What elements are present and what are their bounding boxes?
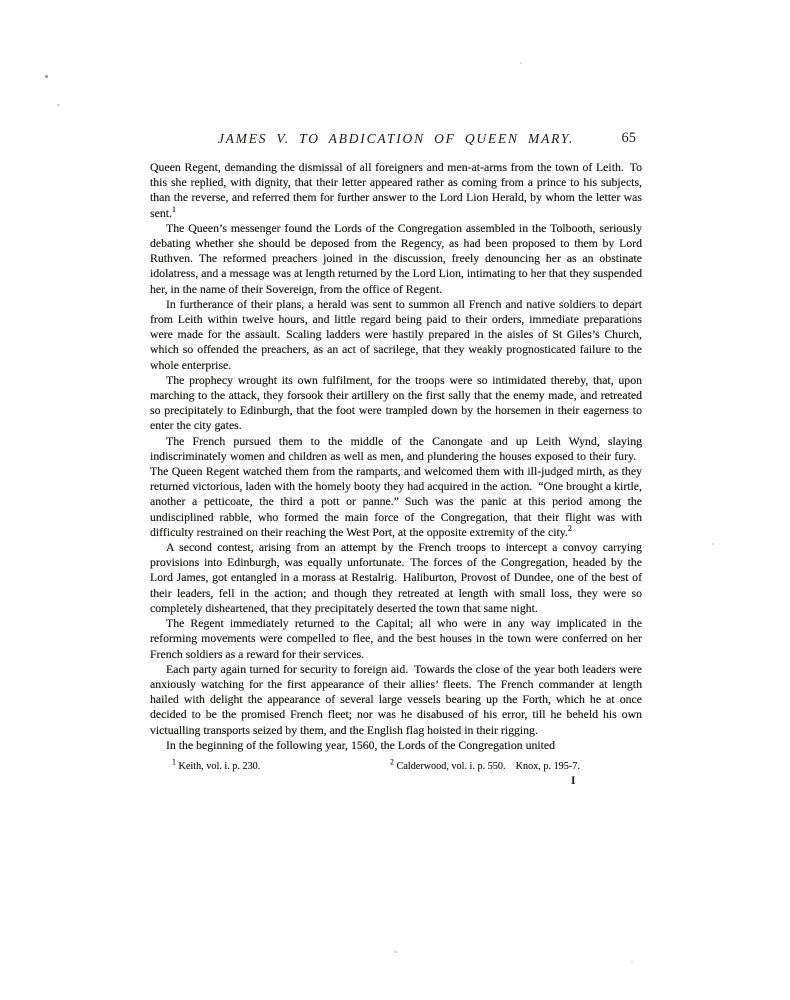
footnote-marker: 1 <box>172 205 176 214</box>
paragraph: A second contest, arising from an attemp… <box>150 540 642 616</box>
scan-speck <box>57 104 60 106</box>
scan-speck <box>45 75 48 78</box>
paragraph: The Regent immediately returned to the C… <box>150 616 642 662</box>
paragraph: Queen Regent, demanding the dismissal of… <box>150 160 642 221</box>
text-column: Queen Regent, demanding the dismissal of… <box>150 160 642 787</box>
paragraph: In the beginning of the following year, … <box>150 738 642 753</box>
footnote-marker: 1 <box>172 758 176 767</box>
paragraph: The prophecy wrought its own fulfilment,… <box>150 373 642 434</box>
signature-mark: I <box>571 775 642 787</box>
running-head: JAMES V. TO ABDICATION OF QUEEN MARY. 65 <box>150 131 642 147</box>
paragraph: The French pursued them to the middle of… <box>150 434 642 540</box>
running-head-title: JAMES V. TO ABDICATION OF QUEEN MARY. <box>218 131 574 146</box>
paragraph: In furtherance of their plans, a herald … <box>150 297 642 373</box>
footnote-marker: 2 <box>568 524 572 533</box>
page-number: 65 <box>622 130 637 147</box>
footnote: 1 Keith, vol. i. p. 230. <box>172 761 260 772</box>
book-page: JAMES V. TO ABDICATION OF QUEEN MARY. 65… <box>0 0 790 1000</box>
footnote: 2 Calderwood, vol. i. p. 550. Knox, p. 1… <box>390 761 580 772</box>
scan-speck <box>631 961 633 963</box>
scan-speck <box>520 62 522 64</box>
scan-speck <box>394 951 397 953</box>
scan-speck <box>627 313 629 315</box>
footnotes: 1 Keith, vol. i. p. 230.2 Calderwood, vo… <box>150 761 642 775</box>
paragraph: The Queen’s messenger found the Lords of… <box>150 221 642 297</box>
page-body: Queen Regent, demanding the dismissal of… <box>150 160 642 753</box>
scan-speck <box>712 543 714 545</box>
paragraph: Each party again turned for security to … <box>150 662 642 738</box>
footnote-marker: 2 <box>390 758 394 767</box>
